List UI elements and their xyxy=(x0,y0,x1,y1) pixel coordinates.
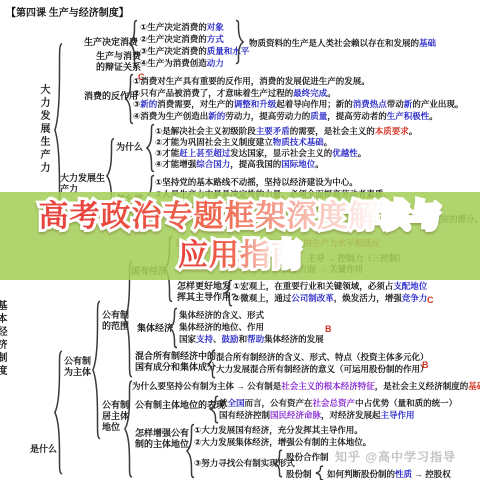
item: 大力发展混合所有制经济的意义（可运用股份制的作用） xyxy=(216,364,429,374)
item: ②只有产品被消费了，才意味着生产过程的最终完成。 xyxy=(133,88,336,98)
node-what-is: 是什么 xyxy=(30,444,57,455)
node-strengthen: 怎样增强公有 制的主体地位 xyxy=(135,428,189,450)
watermark: 知乎 @高中学习指导 xyxy=(335,448,456,465)
item: ②才能为巩固社会主义制度建立物质技术基础。 xyxy=(155,137,332,147)
bottom-root-label: 基本经济制度 xyxy=(0,300,8,460)
item-form-b: 股份制 xyxy=(286,469,312,479)
node-public-main: 公有制 为主体 xyxy=(64,356,91,378)
item: ①消费对生产具有重要的反作用，消费的发展促进生产的发展。 xyxy=(133,76,370,86)
item: ②微观上，通过公司制改革，焕发活力，增强竞争力 xyxy=(233,293,427,303)
brace xyxy=(124,380,133,478)
item-form-b-line: 如何判断股份制的性质 → 控股权 xyxy=(327,469,451,479)
item: 国家支持、鼓励和帮助集体经济的发展 xyxy=(179,334,324,344)
banner-title-line2: 应用指南 应用指南 xyxy=(0,236,480,275)
brace xyxy=(224,280,233,306)
brace xyxy=(169,308,178,348)
item: ④才能增强综合国力，提高我国的国际地位。 xyxy=(155,159,324,169)
item: ②大力发展集体经济，增强公有制的主体地位。 xyxy=(194,437,371,447)
node-collective: 集体经济 xyxy=(137,323,173,334)
annotation-c: C xyxy=(427,295,434,305)
item: ①是解决社会主义初级阶段主要矛盾的需要，是社会主义的本质要求。 xyxy=(155,126,417,136)
node-dialectic: 生产与消费 的辩证关系 xyxy=(96,51,141,73)
item: ③才能赶上甚至超过发达国家，显示社会主义的优越性。 xyxy=(155,148,366,158)
item-form-a: 股份合作制 xyxy=(286,452,329,462)
brace xyxy=(274,450,283,477)
item: ④消费为生产创造出新的劳动力，提高劳动力的质量，提高劳动者的生产积极性。 xyxy=(133,111,438,121)
item: ①宏观上，在重要行业和关键领域，必须占支配地位 xyxy=(233,281,427,291)
item: ④生产为消费创造动力 xyxy=(140,58,224,68)
item-dominant-why: 为什么要坚持公有制为主体 → 公有制是社会主义的根本经济特征，是社会主义经济制度… xyxy=(132,381,480,391)
annotation-b: B xyxy=(422,360,429,370)
item: 国有经济控制国民经济命脉，对经济发展起主导作用 xyxy=(219,410,415,420)
item-conclusion: 物质资料的生产是人类社会赖以存在和发展的基础 xyxy=(249,38,436,48)
item: ②生产决定消费的方式 xyxy=(140,34,224,44)
node-why: 为什么 xyxy=(116,142,143,153)
item: 就全国而言，公有资产在社会总资产中占优势（量和质的统一） xyxy=(219,398,457,408)
node-mixed: 混合所有制经济中的 国有成分和集体成分 xyxy=(135,351,216,373)
item: ③新的消费需要，对生产的调整和升级起着导向作用；新的消费热点带动新的产业出现。 xyxy=(133,99,463,109)
item: ③生产决定消费的质量和水平 xyxy=(140,46,249,56)
item: 集体经济的地位、作用 xyxy=(179,322,264,332)
banner-title-line2-fill: 应用指南 xyxy=(178,239,302,272)
mindmap-page: 【第四课 生产与经济制度】 大力发展生产力 生产决定消费 ①生产决定消费的对象 … xyxy=(0,0,480,480)
brace xyxy=(54,350,63,475)
item: 集体经济的含义、形式 xyxy=(179,310,264,320)
item: ①大力发展国有经济，充分发挥其主导作用。 xyxy=(194,425,363,435)
brace xyxy=(207,350,216,378)
brace xyxy=(235,20,244,64)
brace xyxy=(315,466,324,480)
brace xyxy=(210,396,219,423)
annotation-b: B xyxy=(325,324,332,334)
banner-title-line1-fill: 高考政治专题框架深度解读与 xyxy=(39,200,442,233)
brace xyxy=(92,300,101,440)
item: 混合所有制经济的含义、形式、特点（投资主体多元化） xyxy=(216,352,429,362)
item: ①生产决定消费的对象 xyxy=(140,22,224,32)
item: ①坚持党的基本路线不动摇，坚持以经济建设为中心。 xyxy=(155,177,358,187)
banner-title-line1: 高考政治专题框架深度解读与 高考政治专题框架深度解读与 xyxy=(0,197,480,236)
banner-title: 高考政治专题框架深度解读与 高考政治专题框架深度解读与 应用指南 应用指南 xyxy=(0,197,480,275)
lesson-title: 【第四课 生产与经济制度】 xyxy=(6,4,129,19)
brace xyxy=(146,124,155,172)
